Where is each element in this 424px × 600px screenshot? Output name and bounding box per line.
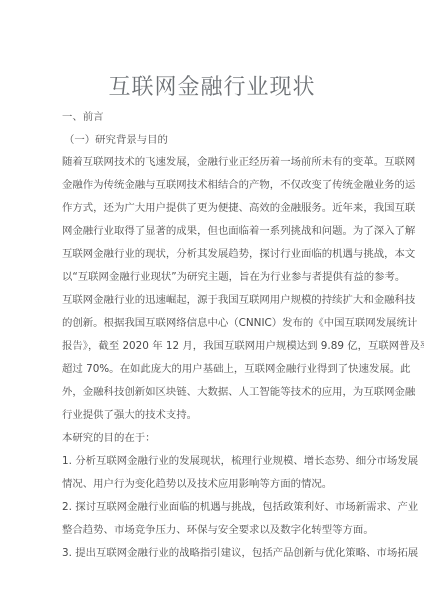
subsection-heading: （一）研究背景与目的 xyxy=(64,133,364,147)
paragraph-line: 外，金融科技创新如区块链、大数据、人工智能等技术的应用，为互联网金融 xyxy=(62,385,362,399)
section-heading: 一、前言 xyxy=(62,110,362,124)
paragraph-line: 网金融行业取得了显著的成果，但也面临着一系列挑战和问题。为了深入了解 xyxy=(62,224,362,238)
paragraph-line: 以“互联网金融行业现状”为研究主题，旨在为行业参与者提供有益的参考。 xyxy=(62,270,362,284)
list-item-line: 情况、用户行为变化趋势以及技术应用影响等方面的情况。 xyxy=(62,477,362,491)
paragraph-line: 作方式，还为广大用户提供了更为便捷、高效的金融服务。近年来，我国互联 xyxy=(62,201,362,215)
paragraph-line: 互联网金融行业的迅速崛起，源于我国互联网用户规模的持续扩大和金融科技 xyxy=(62,293,362,307)
paragraph-line: 本研究的目的在于： xyxy=(62,431,362,445)
paragraph-line: 金融作为传统金融与互联网技术相结合的产物，不仅改变了传统金融业务的运 xyxy=(62,178,362,192)
paragraph-line: 超过 70%。在如此庞大的用户基础上，互联网金融行业得到了快速发展。此 xyxy=(62,362,362,376)
paragraph-line: 报告》，截至 2020 年 12 月，我国互联网用户规模达到 9.89 亿，互联… xyxy=(62,339,362,353)
paragraph-line: 行业提供了强大的技术支持。 xyxy=(62,408,362,422)
list-item-line: 3. 提出互联网金融行业的战略指引建议，包括产品创新与优化策略、市场拓展 xyxy=(62,546,362,560)
paragraph-line: 随着互联网技术的飞速发展，金融行业正经历着一场前所未有的变革。互联网 xyxy=(62,155,362,169)
list-item-line: 2. 探讨互联网金融行业面临的机遇与挑战，包括政策利好、市场新需求、产业 xyxy=(62,500,362,514)
list-item-line: 整合趋势、市场竞争压力、环保与安全要求以及数字化转型等方面。 xyxy=(62,523,362,537)
list-item-line: 1. 分析互联网金融行业的发展现状，梳理行业规模、增长态势、细分市场发展 xyxy=(62,454,362,468)
document-title: 互联网金融行业现状 xyxy=(0,70,424,101)
paragraph-line: 的创新。根据我国互联网络信息中心（CNNIC）发布的《中国互联网发展统计 xyxy=(62,316,362,330)
paragraph-line: 互联网金融行业的现状，分析其发展趋势，探讨行业面临的机遇与挑战，本文 xyxy=(62,247,362,261)
document-page: 互联网金融行业现状 一、前言 （一）研究背景与目的 随着互联网技术的飞速发展，金… xyxy=(0,0,424,600)
